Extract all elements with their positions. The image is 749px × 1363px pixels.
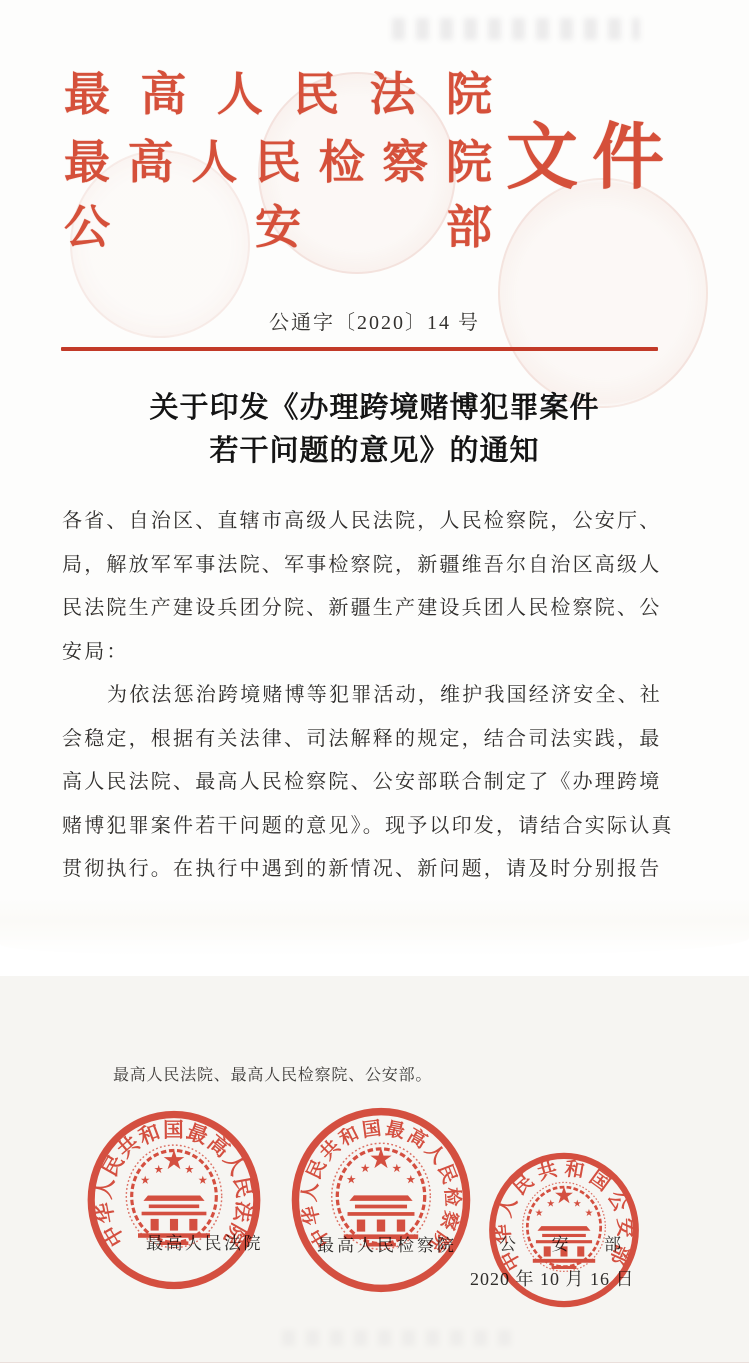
page-edge-shadow [0, 898, 749, 956]
notice-title-line1: 关于印发《办理跨境赌博犯罪案件 [0, 385, 749, 426]
paragraph-line: 贯彻执行。在执行中遇到的新情况、新问题，请及时分别报告 [62, 848, 668, 892]
paragraph-line: 赌博犯罪案件若干问题的意见》。现予以印发，请结合实际认真 [62, 805, 668, 849]
seal-bleedthrough-watermark [498, 178, 708, 408]
addressee-line: 局，解放军军事法院、军事检察院，新疆维吾尔自治区高级人 [62, 544, 668, 588]
body-text: 各省、自治区、直辖市高级人民法院，人民检察院，公安厅、 局，解放军军事法院、军事… [62, 500, 668, 892]
page1-sheet: 最高人民法院 最高人民检察院 公安部 文件 公通字〔2020〕14 号 关于印发… [0, 0, 749, 902]
org-name-public-security-ministry: 公安部 [64, 205, 492, 251]
closing-line: 最高人民法院、最高人民检察院、公安部。 [113, 1062, 432, 1085]
addressee-line: 各省、自治区、直辖市高级人民法院，人民检察院，公安厅、 [62, 500, 668, 544]
supreme-court-seal: 中华人民共和国最高人民法院 [84, 1106, 264, 1294]
bleedthrough-smudge-top [392, 18, 640, 40]
addressee-line: 安局： [62, 631, 668, 675]
red-divider-rule [61, 347, 658, 351]
paragraph-line: 为依法惩治跨境赌博等犯罪活动，维护我国经济安全、社 [62, 674, 668, 718]
national-emblem-icon [126, 1145, 221, 1248]
supreme-procuratorate-seal: 中华人民共和国最高人民检察院 [288, 1104, 474, 1296]
paragraph-line: 会稳定，根据有关法律、司法解释的规定，结合司法实践，最 [62, 718, 668, 762]
addressee-line: 民法院生产建设兵团分院、新疆生产建设兵团人民检察院、公 [62, 587, 668, 631]
paragraph-line: 高人民法院、最高人民检察院、公安部联合制定了《办理跨境 [62, 761, 668, 805]
national-emblem-icon [332, 1143, 431, 1249]
public-security-ministry-seal: 中华人民共和国公安部 [486, 1146, 642, 1314]
org-name-supreme-court: 最高人民法院 [64, 72, 492, 118]
org-name-supreme-procuratorate: 最高人民检察院 [64, 140, 492, 186]
doc-number: 公通字〔2020〕14 号 [0, 306, 749, 335]
national-emblem-icon [523, 1182, 606, 1271]
document-scan: 最高人民法院 最高人民检察院 公安部 文件 公通字〔2020〕14 号 关于印发… [0, 0, 749, 1363]
notice-title-line2: 若干问题的意见》的通知 [0, 428, 749, 469]
file-type-label: 文件 [506, 122, 664, 194]
